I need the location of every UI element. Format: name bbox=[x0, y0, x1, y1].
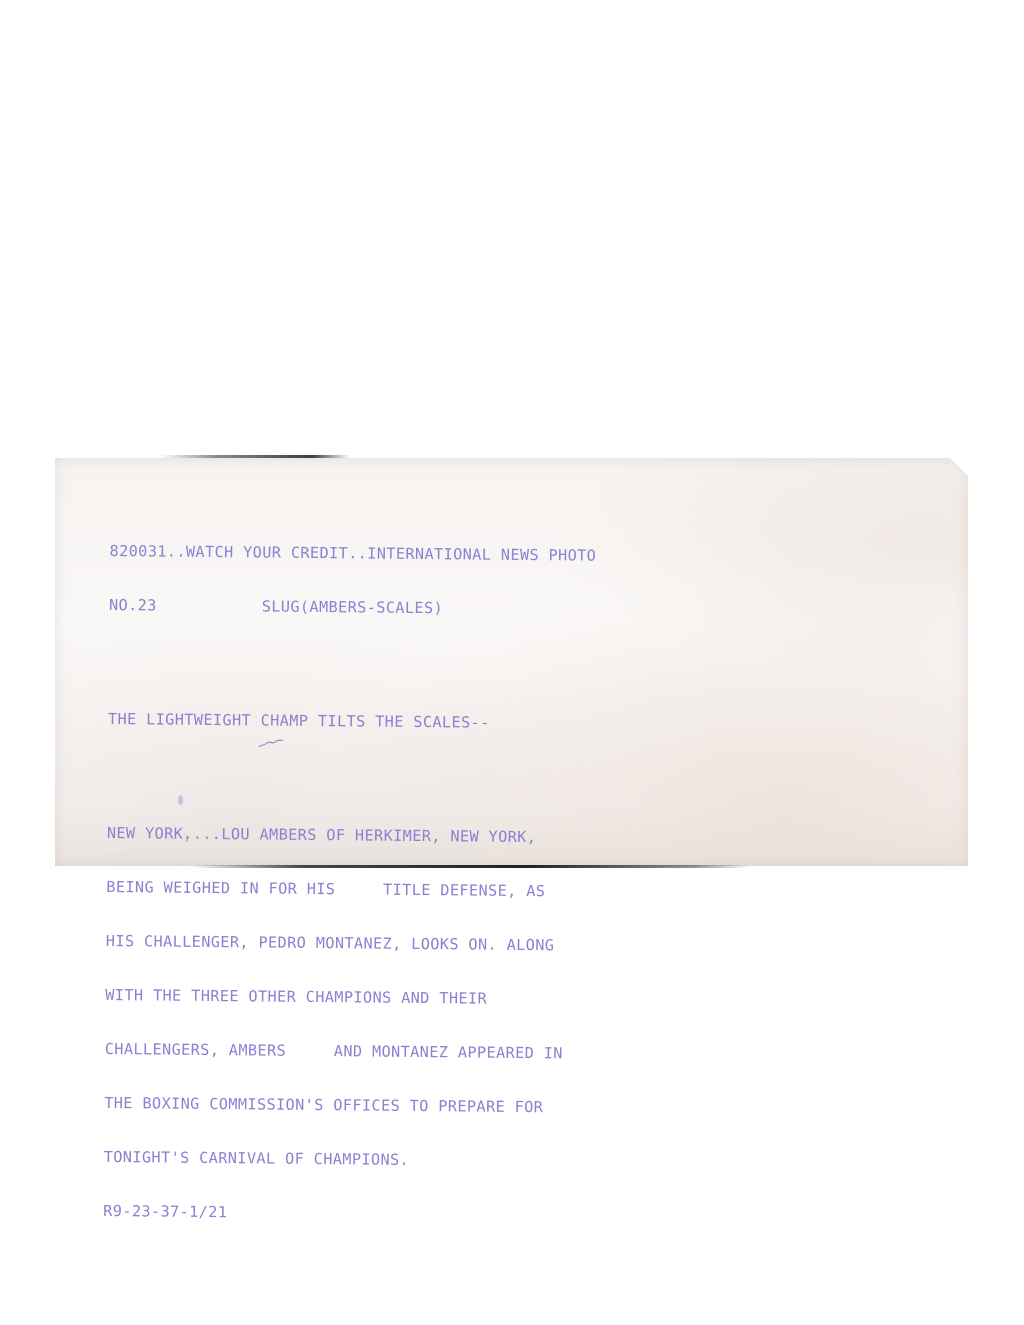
caption-body-line: WITH THE THREE OTHER CHAMPIONS AND THEIR bbox=[105, 986, 592, 1009]
caption-body-line: TONIGHT'S CARNIVAL OF CHAMPIONS. bbox=[104, 1148, 591, 1171]
spacer bbox=[107, 764, 594, 793]
caption-headline: THE LIGHTWEIGHT CHAMP TILTS THE SCALES-- bbox=[108, 710, 595, 733]
handwritten-initials-icon bbox=[258, 738, 284, 748]
caption-body-line: THE BOXING COMMISSION'S OFFICES TO PREPA… bbox=[104, 1094, 591, 1117]
caption-body-line: NEW YORK....LOU AMBERS OF HERKIMER, NEW … bbox=[107, 824, 594, 847]
caption-body-line: HIS CHALLENGER, PEDRO MONTANEZ, LOOKS ON… bbox=[106, 932, 593, 955]
caption-dateline-code: R9-23-37-1/21 bbox=[103, 1202, 590, 1225]
spacer bbox=[108, 650, 595, 679]
caption-header-slug: NO.23 SLUG(AMBERS-SCALES) bbox=[109, 596, 596, 619]
caption-body-line: CHALLENGERS, AMBERS AND MONTANEZ APPEARE… bbox=[105, 1040, 592, 1063]
caption-header-credit: 820031..WATCH YOUR CREDIT..INTERNATIONAL… bbox=[109, 542, 596, 565]
typed-caption: 820031..WATCH YOUR CREDIT..INTERNATIONAL… bbox=[103, 506, 597, 1243]
paper-top-shadow-edge bbox=[160, 455, 350, 458]
caption-body-line: BEING WEIGHED IN FOR HIS TITLE DEFENSE, … bbox=[106, 878, 593, 901]
